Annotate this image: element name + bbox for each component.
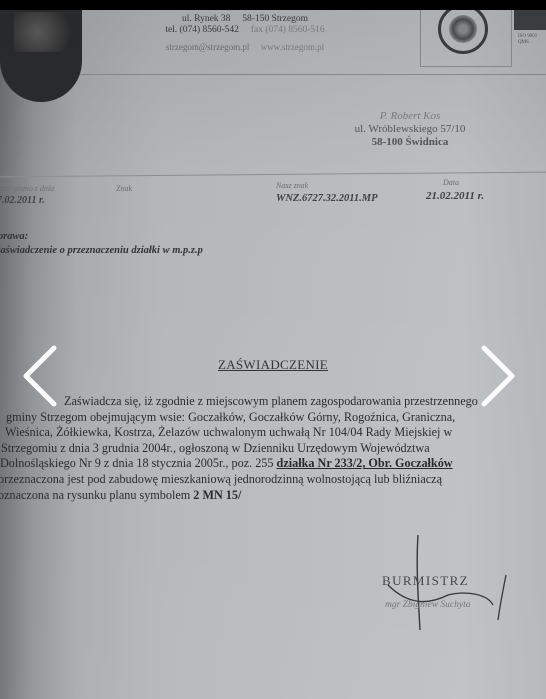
recipient-street: ul. Wróblewskiego 57/10	[330, 123, 490, 136]
body-line: oznaczona na rysunku planu symbolem	[0, 488, 193, 502]
body-line: Dolnośląskiego Nr 9 z dnia 18 stycznia 2…	[0, 456, 277, 470]
coat-of-arms-logo	[0, 10, 82, 102]
signatory-name: mgr Zbigniew Suchyta	[385, 600, 471, 610]
body-line: Zaświadcza się, iż zgodnie z miejscowym …	[4, 394, 546, 410]
header-divider	[80, 74, 546, 75]
plan-symbol: 2 MN 15/	[193, 488, 241, 502]
our-ref-label: Nasz znak	[276, 181, 308, 190]
subject-value: Zaświadczenie o przeznaczeniu działki w …	[0, 244, 203, 258]
date-value: 21.02.2011 r.	[426, 190, 484, 202]
certification-badge	[514, 10, 546, 30]
letterhead: ul. Rynek 38 58-150 Strzegom tel. (074) …	[120, 14, 370, 53]
viewer-top-bar	[0, 0, 546, 10]
header-address: ul. Rynek 38	[182, 14, 230, 24]
body-line: przeznaczona jest pod zabudowę mieszkani…	[0, 472, 546, 488]
header-postal-city: 58-150 Strzegom	[242, 14, 308, 24]
signature-title: BURMISTRZ	[382, 573, 469, 589]
document-photo: ul. Rynek 38 58-150 Strzegom tel. (074) …	[0, 10, 546, 699]
document-body: Zaświadcza się, iż zgodnie z miejscowym …	[4, 394, 546, 503]
recipient-city: 58-100 Świdnica	[330, 136, 490, 149]
body-line: gminy Strzegom obejmującym wsie: Goczałk…	[4, 410, 546, 426]
sign-label: Znak	[116, 184, 132, 193]
previous-image-button[interactable]	[20, 344, 60, 408]
chevron-left-icon	[20, 344, 60, 408]
our-ref-value: WNZ.6727.32.2011.MP	[276, 193, 378, 204]
recipient-block: P. Robert Kos ul. Wróblewskiego 57/10 58…	[330, 110, 490, 149]
header-website: www.strzegom.pl	[261, 42, 324, 52]
chevron-right-icon	[478, 344, 518, 408]
date-label: Data	[443, 178, 459, 187]
recipient-name: P. Robert Kos	[330, 110, 490, 123]
your-letter-label: Wasze pismo z dnia	[0, 184, 54, 193]
header-phone: tel. (074) 8560-542	[165, 25, 239, 35]
body-line: Strzegomiu z dnia 3 grudnia 2004r., ogło…	[1, 441, 546, 457]
header-fax: fax (074) 8560-516	[251, 25, 325, 35]
meta-divider	[0, 172, 546, 178]
next-image-button[interactable]	[478, 344, 518, 408]
document-title: ZAŚWIADCZENIE	[0, 357, 546, 373]
body-line: Wieśnica, Żółkiewka, Kostrza, Żelazów uc…	[4, 425, 546, 441]
certification-text: ISO 9001QMS	[518, 34, 537, 46]
header-email: strzegom@strzegom.pl	[166, 42, 250, 52]
subject-block: Sprawa: Zaświadczenie o przeznaczeniu dz…	[0, 230, 203, 258]
your-letter-value: 17.02.2011 r.	[0, 195, 45, 206]
parcel-number: działka Nr 233/2, Obr. Goczałków	[277, 456, 453, 470]
subject-label: Sprawa:	[0, 230, 203, 244]
